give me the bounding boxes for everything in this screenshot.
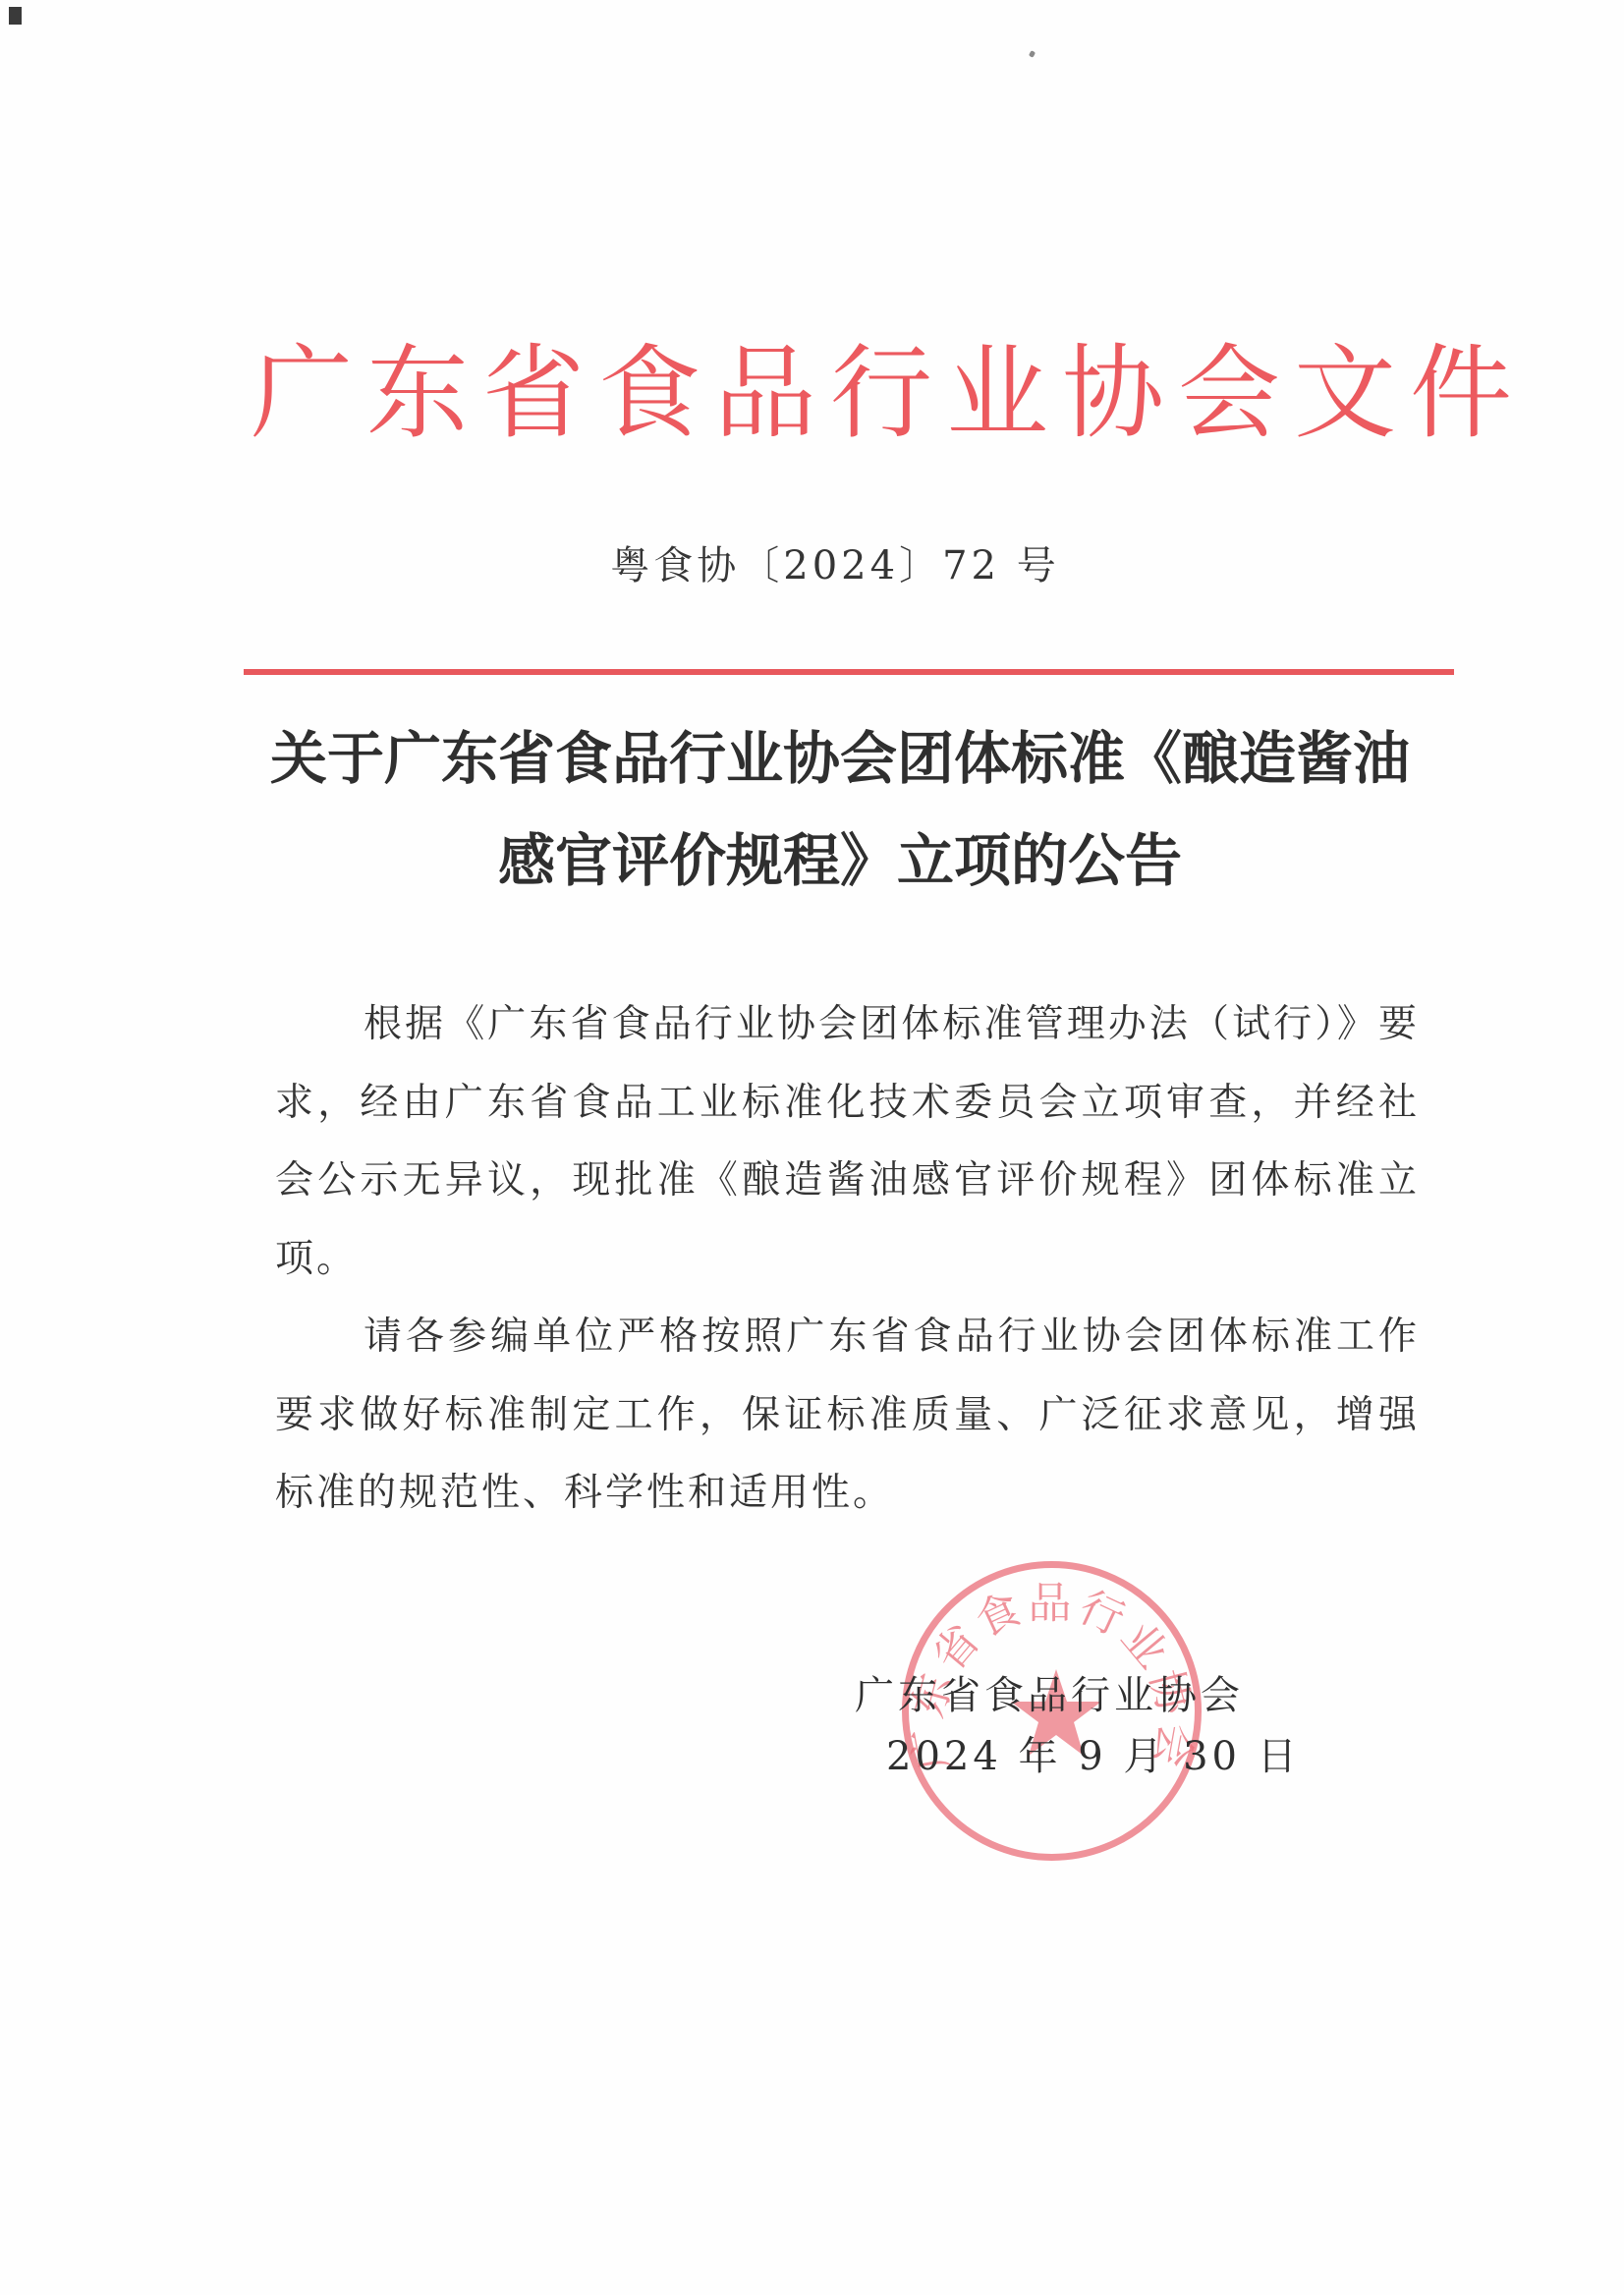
signature-date: 2024 年 9 月 30 日	[855, 1727, 1287, 1786]
body-paragraph-1: 根据《广东省食品行业协会团体标准管理办法（试行）》要求，经由广东省食品工业标准化…	[275, 985, 1420, 1298]
signature-organization: 广东省食品行业协会	[855, 1666, 1287, 1725]
notice-title-line-1: 关于广东省食品行业协会团体标准《酿造酱油	[251, 707, 1429, 810]
signature-block: 广东省食品行业协会 2024 年 9 月 30 日	[855, 1666, 1287, 1786]
document-page: 广东省食品行业协会文件 粤食协〔2024〕72 号 关于广东省食品行业协会团体标…	[0, 0, 1624, 2295]
notice-body: 根据《广东省食品行业协会团体标准管理办法（试行）》要求，经由广东省食品工业标准化…	[275, 985, 1420, 1533]
scan-artifact-dot	[1029, 50, 1036, 58]
notice-title-line-2: 感官评价规程》立项的公告	[251, 810, 1429, 912]
document-header-title: 广东省食品行业协会文件	[251, 324, 1410, 462]
body-paragraph-2: 请各参编单位严格按照广东省食品行业协会团体标准工作要求做好标准制定工作，保证标准…	[275, 1298, 1420, 1533]
notice-title: 关于广东省食品行业协会团体标准《酿造酱油 感官评价规程》立项的公告	[251, 707, 1429, 912]
document-number: 粤食协〔2024〕72 号	[550, 538, 1120, 593]
scan-artifact-mark	[9, 7, 22, 25]
header-divider-rule	[244, 669, 1454, 675]
